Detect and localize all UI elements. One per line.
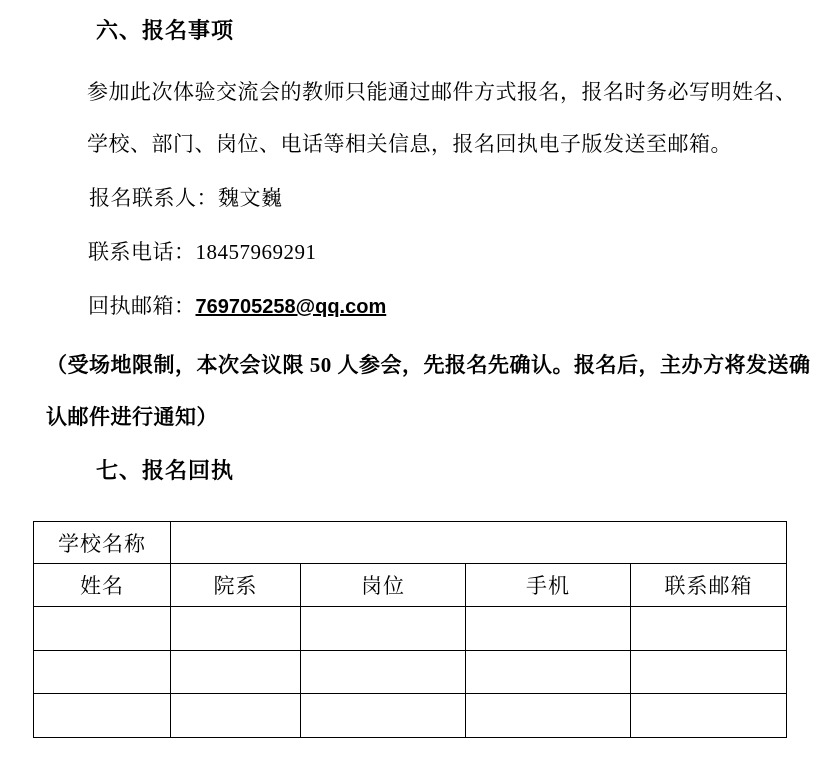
blank-cell[interactable] [631,694,787,738]
header-cell-name: 姓名 [34,564,171,607]
email-address-link[interactable]: 769705258@qq.com [196,296,387,318]
phone-label: 联系电话： [88,240,196,264]
blank-cell[interactable] [171,651,301,694]
section-7-heading: 七、报名回执 [96,457,234,485]
blank-cell[interactable] [466,651,631,694]
email-line: 回执邮箱：769705258@qq.com [88,293,386,320]
blank-cell[interactable] [171,694,301,738]
header-cell-mobile: 手机 [466,564,631,607]
blank-cell[interactable] [301,607,466,651]
blank-cell[interactable] [466,694,631,738]
blank-cell[interactable] [466,607,631,651]
contact-line: 报名联系人：魏文巍 [89,185,283,211]
header-cell-email: 联系邮箱 [631,564,787,607]
contact-label: 报名联系人： [89,186,218,210]
school-name-value-cell[interactable] [171,522,787,564]
paragraph-line-2: 学校、部门、岗位、电话等相关信息，报名回执电子版发送至邮箱。 [87,131,732,157]
school-name-label-cell: 学校名称 [34,522,171,564]
document-page: 六、报名事项 参加此次体验交流会的教师只能通过邮件方式报名，报名时务必写明姓名、… [0,0,836,772]
blank-cell[interactable] [301,651,466,694]
blank-cell[interactable] [34,607,171,651]
capacity-note-line-1: （受场地限制，本次会议限 50 人参会，先报名先确认。报名后，主办方将发送确 [46,352,811,378]
table-row [34,607,787,651]
contact-name: 魏文巍 [218,186,283,210]
blank-cell[interactable] [631,651,787,694]
table-row [34,694,787,738]
table-row [34,651,787,694]
registration-receipt-table: 学校名称 姓名 院系 岗位 手机 联系邮箱 [33,521,787,738]
header-cell-department: 院系 [171,564,301,607]
phone-number: 18457969291 [196,240,317,264]
school-name-row: 学校名称 [34,522,787,564]
phone-line: 联系电话：18457969291 [88,239,317,265]
blank-cell[interactable] [631,607,787,651]
email-label: 回执邮箱： [88,294,196,318]
blank-cell[interactable] [34,694,171,738]
blank-cell[interactable] [171,607,301,651]
blank-cell[interactable] [301,694,466,738]
header-cell-position: 岗位 [301,564,466,607]
table-header-row: 姓名 院系 岗位 手机 联系邮箱 [34,564,787,607]
blank-cell[interactable] [34,651,171,694]
section-6-heading: 六、报名事项 [96,17,234,45]
paragraph-line-1: 参加此次体验交流会的教师只能通过邮件方式报名，报名时务必写明姓名、 [87,79,797,105]
capacity-note-line-2: 认邮件进行通知） [46,404,218,430]
